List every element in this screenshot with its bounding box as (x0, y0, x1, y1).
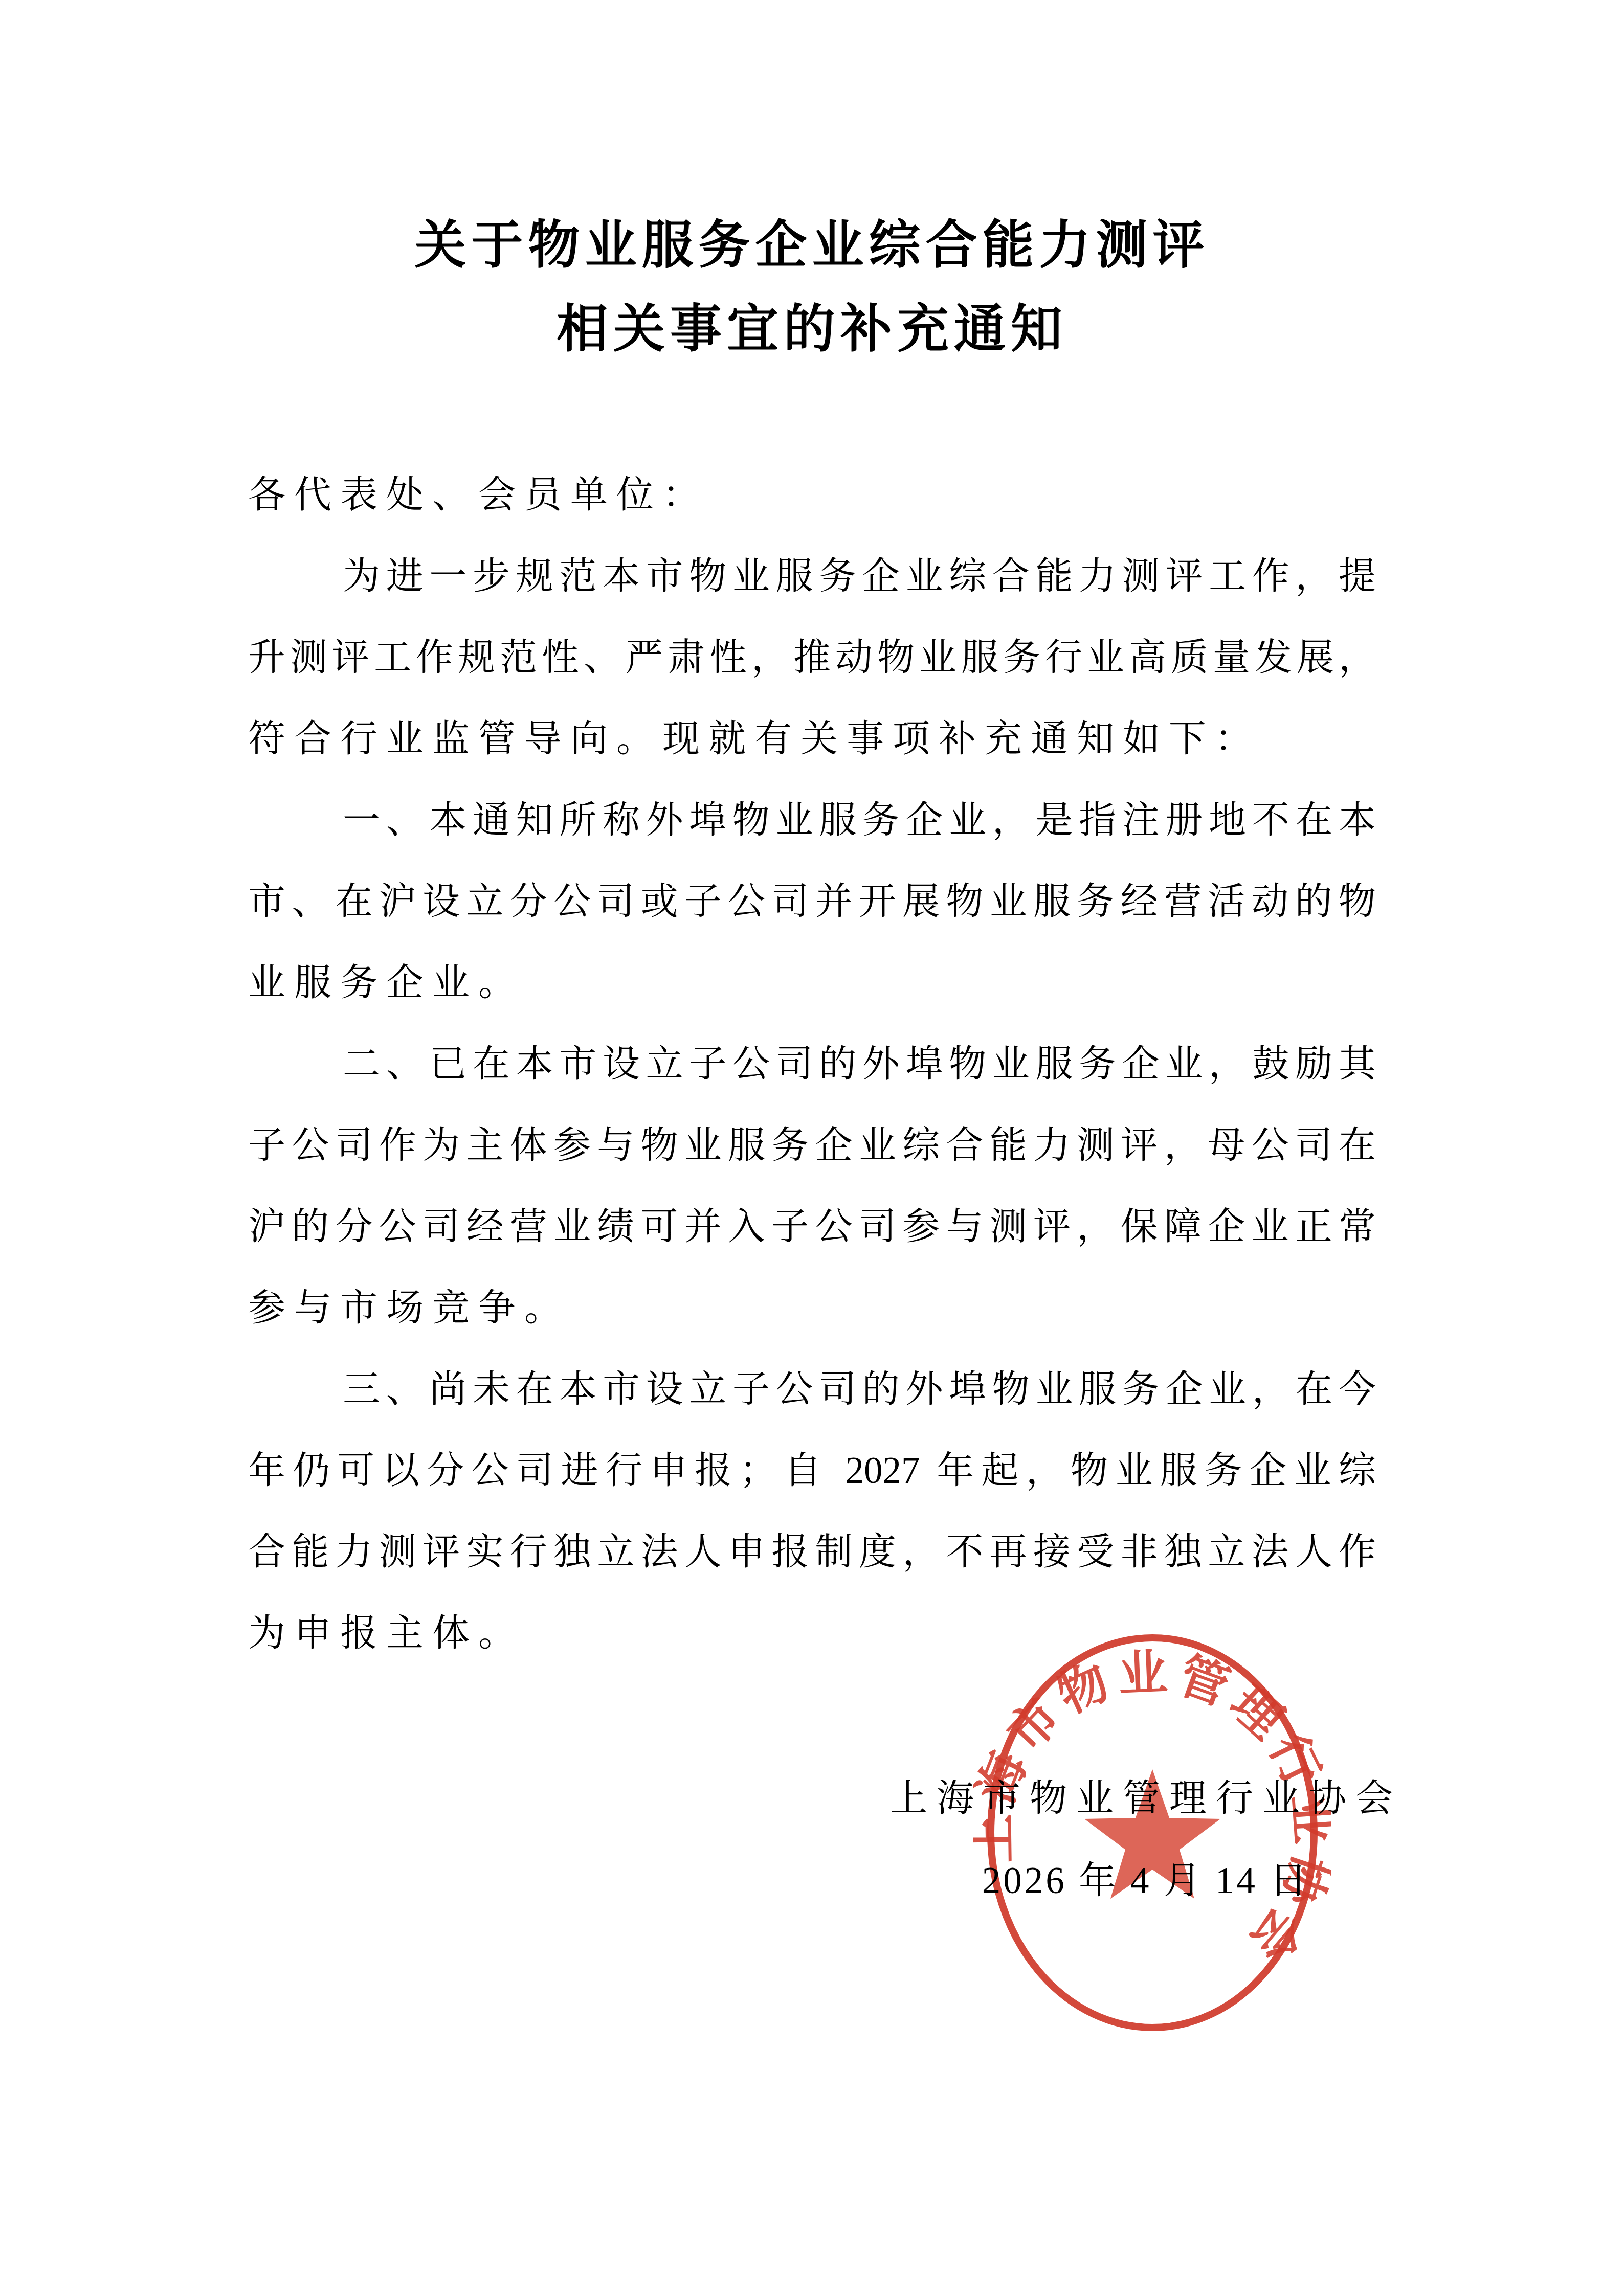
body-line: 业服务企业。 (248, 942, 1376, 1023)
body-line: 沪的分公司经营业绩可并入子公司参与测评，保障企业正常 (248, 1186, 1376, 1267)
body-line: 年仍可以分公司进行申报；自 2027 年起，物业服务企业综 (248, 1430, 1376, 1511)
signature-organization: 上海市物业管理行业协会 (890, 1770, 1401, 1827)
body-line: 子公司作为主体参与物业服务企业综合能力测评，母公司在 (248, 1105, 1376, 1186)
document-title: 关于物业服务企业综合能力测评 相关事宜的补充通知 (0, 204, 1624, 371)
body-line: 为进一步规范本市物业服务企业综合能力测评工作，提 (248, 535, 1376, 617)
body-line: 参与市场竞争。 (248, 1267, 1376, 1348)
body-line: 一、本通知所称外埠物业服务企业，是指注册地不在本 (248, 779, 1376, 861)
body-line: 市、在沪设立分公司或子公司并开展物业服务经营活动的物 (248, 861, 1376, 942)
body-line: 合能力测评实行独立法人申报制度，不再接受非独立法人作 (248, 1511, 1376, 1592)
body-line: 二、已在本市设立子公司的外埠物业服务企业，鼓励其 (248, 1023, 1376, 1105)
document-page: 关于物业服务企业综合能力测评 相关事宜的补充通知 各代表处、会员单位：为进一步规… (0, 0, 1624, 2296)
title-line-1: 关于物业服务企业综合能力测评 (0, 204, 1624, 287)
body-line: 三、尚未在本市设立子公司的外埠物业服务企业，在今 (248, 1348, 1376, 1430)
signature-block: 上海市物业管理行业协会 2026 年 4 月 14 日 (890, 1770, 1401, 1909)
document-body: 各代表处、会员单位：为进一步规范本市物业服务企业综合能力测评工作，提升测评工作规… (248, 454, 1376, 1674)
body-line: 各代表处、会员单位： (248, 454, 1376, 535)
title-line-2: 相关事宜的补充通知 (0, 287, 1624, 371)
body-line: 符合行业监管导向。现就有关事项补充通知如下： (248, 698, 1376, 779)
body-line: 为申报主体。 (248, 1592, 1376, 1674)
body-line: 升测评工作规范性、严肃性，推动物业服务行业高质量发展， (248, 617, 1376, 698)
signature-date: 2026 年 4 月 14 日 (890, 1853, 1401, 1909)
